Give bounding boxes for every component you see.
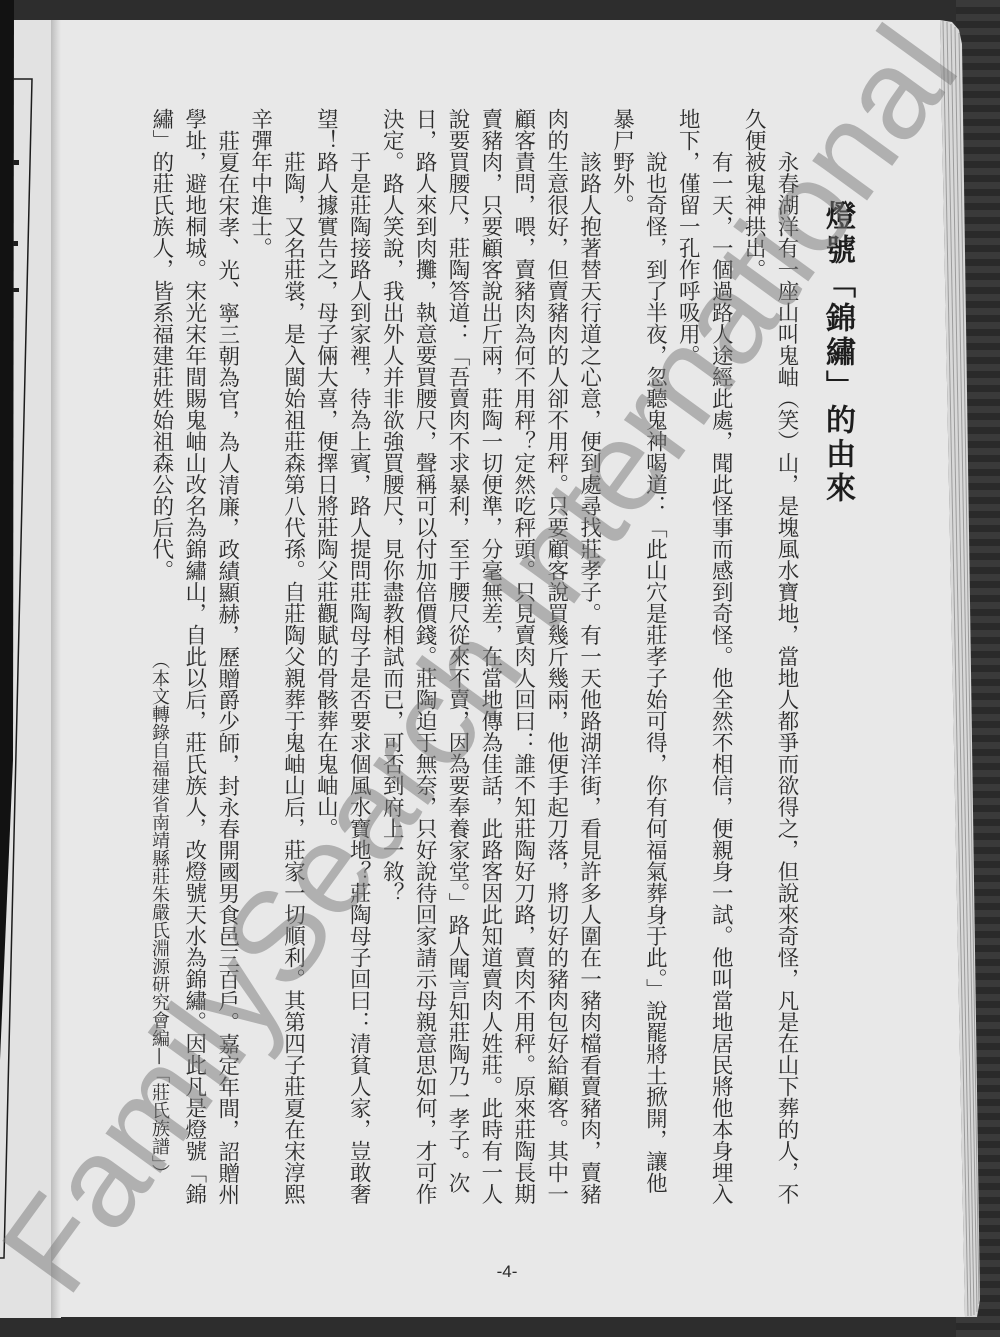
article-title: 燈號「錦繡」的由來 (820, 200, 854, 506)
text-column: 望！路人據實告之，母子倆大喜，便擇日將莊陶父莊觀賦的骨骸葬在鬼岫山。 (314, 108, 336, 839)
text-column: 該路人抱著替天行道之心意，便到處尋找莊孝子。有一天他路湖洋街，看見許多人圍在一豬… (578, 151, 600, 1205)
text-column: 決定。路人笑說，我出外人并非欲強買腰尺，見你盡教相試而已，可否到府上一敘？ (380, 108, 402, 904)
text-column: 于是莊陶接路人到家裡，待為上賓，路人提問莊陶母子是否要求個風水寶地？莊陶母子回曰… (347, 151, 369, 1205)
page-gutter-shadow (51, 20, 61, 1318)
text-column: 說也奇怪，到了半夜，忽聽鬼神喝道：「此山穴是莊孝子始可得，你有何福氣葬身于此。」… (643, 151, 665, 1194)
text-column: 繡」的莊氏族人，皆系福建莊姓始祖森公的后代。 (150, 108, 172, 581)
text-column: 永春湖洋有一座山叫鬼岫（笑）山，是塊風水寶地，當地人都爭而欲得之，但說來奇怪，凡… (775, 151, 797, 1205)
text-column: 說要買腰尺，莊陶答道：「吾賣肉不求暴利，至于腰尺從來不賣，因為要奉養家堂。」路人… (446, 108, 468, 1194)
page-number: -4- (477, 1262, 537, 1282)
text-column: 日，路人來到肉攤，執意要買腰尺，聲稱可以付加倍價錢。莊陶迫于無奈，只好說待回家請… (413, 108, 435, 1205)
previous-page-text-fragment (13, 288, 19, 292)
previous-page-text-fragment (13, 160, 19, 165)
text-column: 學址，避地桐城。宋光宋年間賜鬼岫山改名為錦繡山，自此以后，莊氏族人，改燈號天水為… (183, 108, 205, 1205)
text-column: 莊陶，又名莊裳，是入閩始祖莊森第八代孫。自莊陶父親葬于鬼岫山后，莊家一切順利。其… (282, 151, 304, 1205)
text-column: 有一天，一個過路人途經此處，聞此怪事而感到奇怪。他全然不相信，便親身一試。他叫當… (709, 151, 731, 1205)
text-column: 暴尸野外。 (611, 108, 633, 216)
text-column: 地下，僅留一孔作呼吸用。 (676, 108, 698, 366)
text-column: 辛彈年中進士。 (249, 108, 271, 259)
text-column: 久便被鬼神拱出。 (742, 108, 764, 280)
text-column: 賣豬肉，只要顧客說出斤兩，莊陶一切便準，分毫無差，在當地傳為佳話，此路客因此知道… (479, 108, 501, 1205)
scanned-document: 燈號「錦繡」的由來 永春湖洋有一座山叫鬼岫（笑）山，是塊風水寶地，當地人都爭而欲… (0, 0, 1000, 1337)
text-column: 顧客責問，喂，賣豬肉為何不用秤？定然吃秤頭。只見賣肉人回曰：誰不知莊陶好刀路，賣… (512, 108, 534, 1205)
previous-page-text-fragment (13, 241, 18, 246)
source-note: （本文轉錄自福建省南靖縣莊朱嚴氏淵源研究會編—「莊氏族譜」） (150, 651, 168, 1182)
text-column: 肉的生意很好，但賣豬肉的人卻不用秤。只要顧客說買幾斤幾兩，他便手起刀落，將切好的… (545, 108, 567, 1205)
text-column: 莊夏在宋孝、光、寧三朝為官，為人清廉，政績顯赫，歷贈爵少師，封永春開國男食邑三百… (216, 130, 238, 1205)
